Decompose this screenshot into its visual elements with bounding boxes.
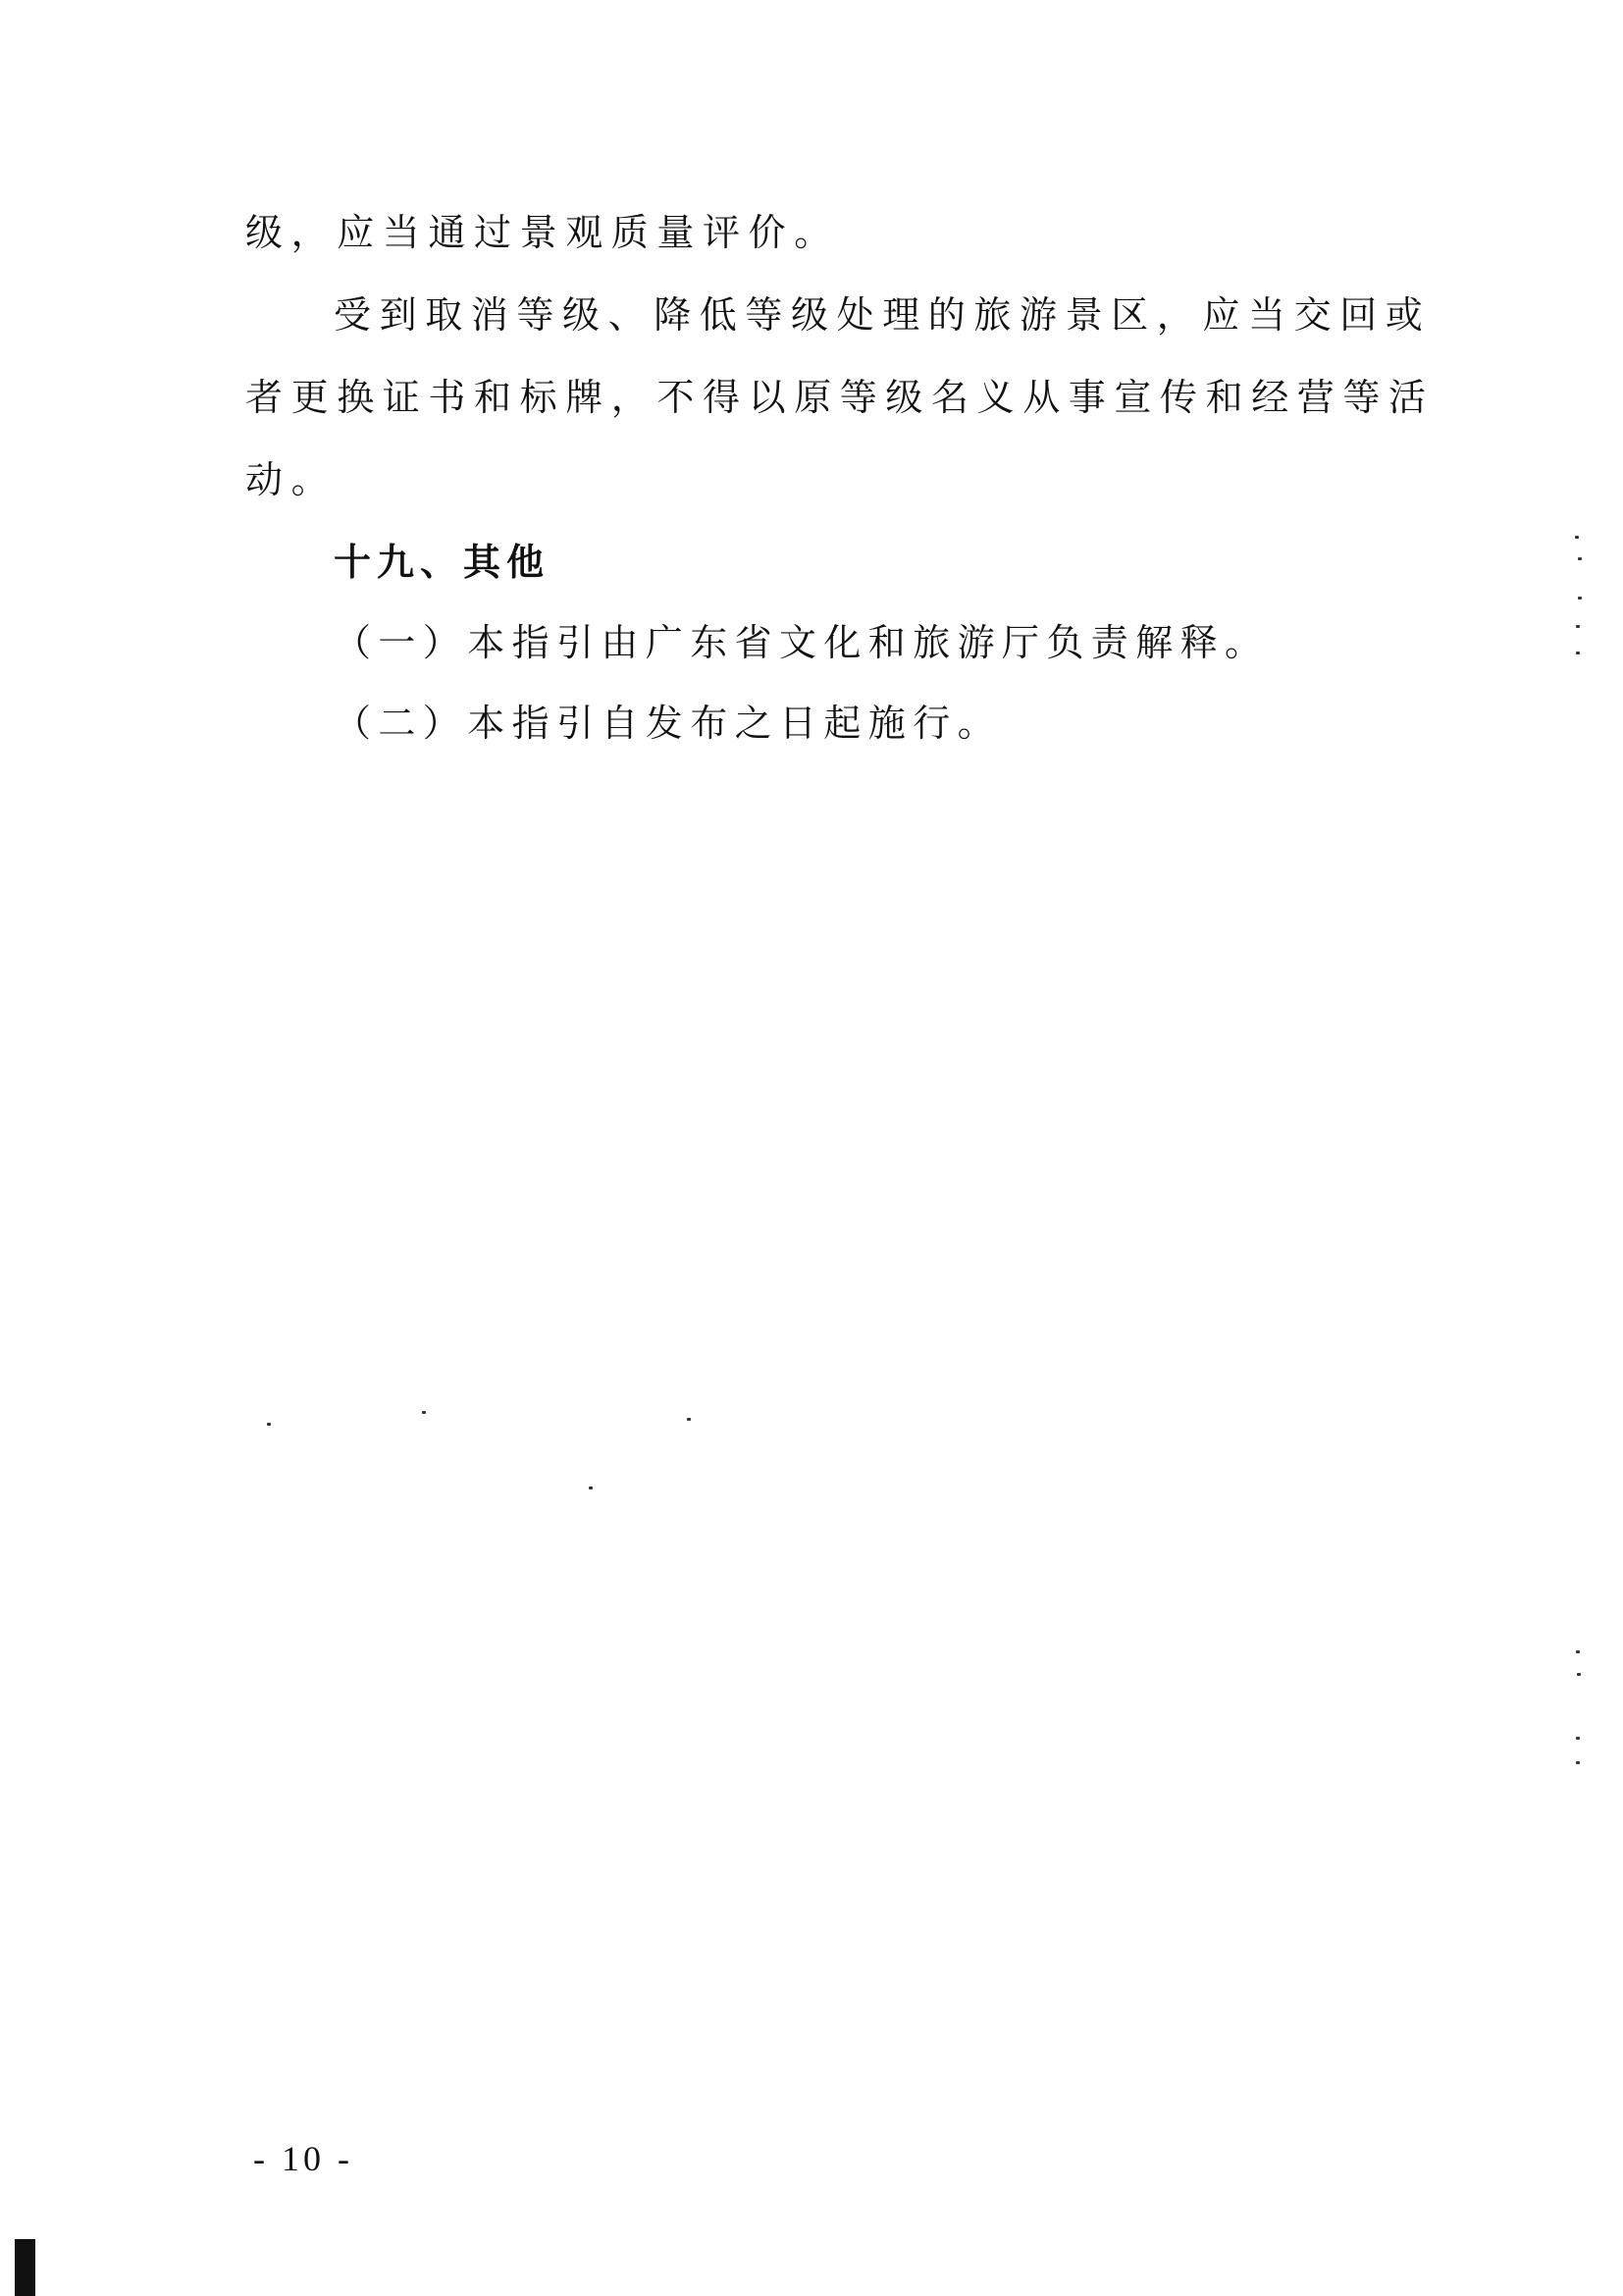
- scan-speck: [1576, 1650, 1580, 1653]
- scan-speck: [1576, 1761, 1580, 1764]
- scan-artifact-mark: [15, 2239, 35, 2296]
- scan-speck: [422, 1411, 426, 1414]
- scan-speck: [589, 1487, 593, 1489]
- paragraph-revocation-line-2: 者更换证书和标牌，不得以原等级名义从事宣传和经营等活: [245, 374, 1435, 421]
- paragraph-revocation-line-3: 动。: [245, 456, 337, 503]
- scan-speck: [1575, 536, 1579, 539]
- scan-speck: [1576, 625, 1580, 628]
- scan-speck: [1576, 652, 1580, 654]
- scan-speck: [1576, 1737, 1580, 1740]
- paragraph-continuation-line: 级，应当通过景观质量评价。: [245, 209, 840, 256]
- document-page: 级，应当通过景观质量评价。 受到取消等级、降低等级处理的旅游景区，应当交回或 者…: [0, 0, 1623, 2296]
- section-item-1: （一）本指引由广东省文化和旅游厅负责解释。: [334, 619, 1269, 666]
- page-number: - 10 -: [253, 2139, 353, 2178]
- scan-speck: [1577, 1673, 1581, 1676]
- section-heading-other: 十九、其他: [334, 539, 550, 586]
- scan-speck: [1578, 597, 1582, 600]
- scan-speck: [267, 1423, 271, 1426]
- paragraph-revocation-line-1: 受到取消等级、降低等级处理的旅游景区，应当交回或: [334, 291, 1431, 339]
- section-item-2: （二）本指引自发布之日起施行。: [334, 700, 1002, 747]
- scan-speck: [687, 1418, 691, 1421]
- scan-speck: [1578, 557, 1582, 560]
